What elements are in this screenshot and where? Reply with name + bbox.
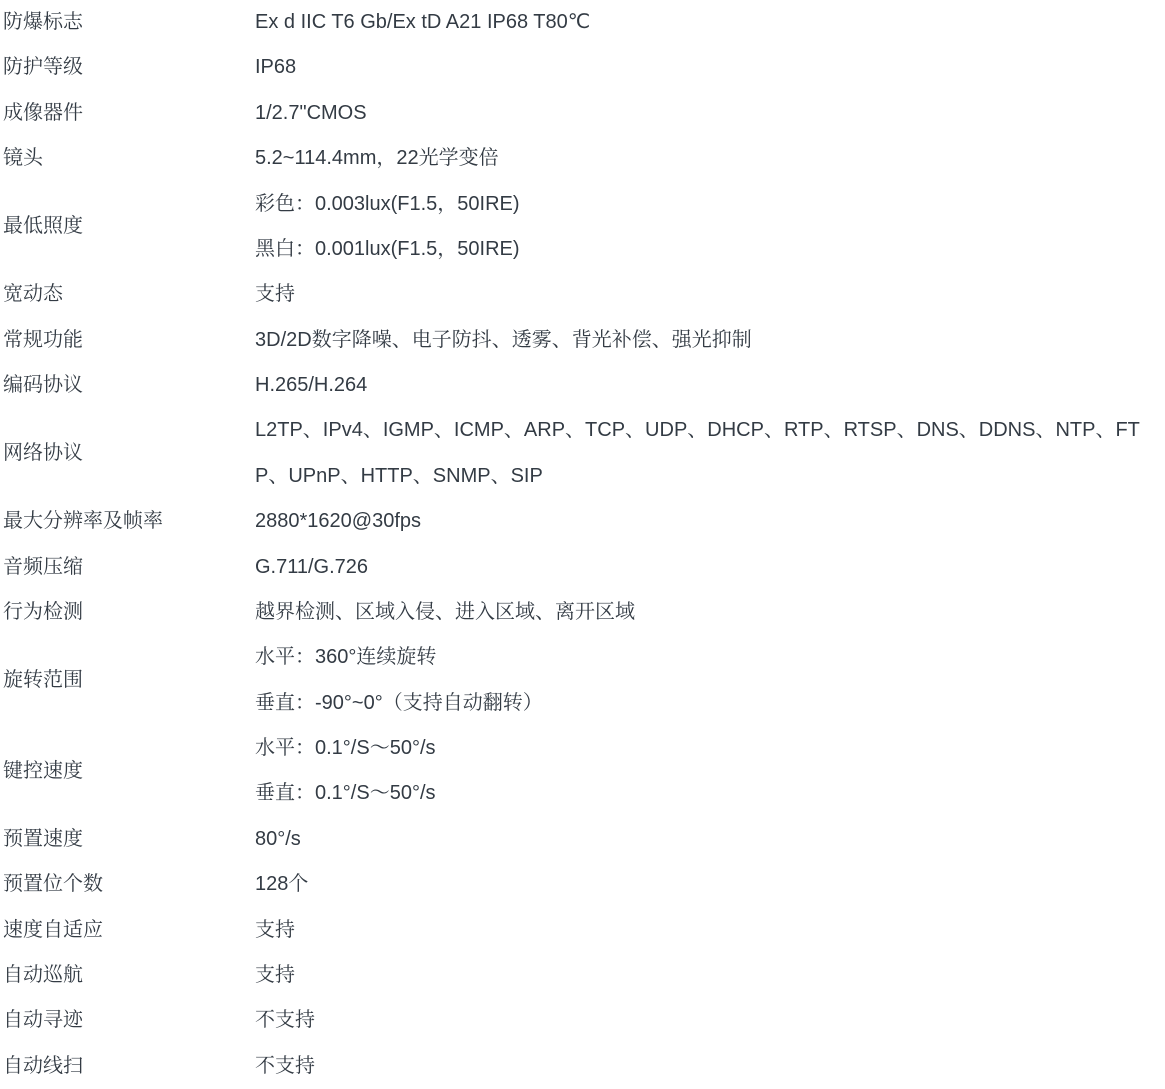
spec-table: 防爆标志Ex d IIC T6 Gb/Ex tD A21 IP68 T80℃防护… — [0, 0, 1165, 1089]
spec-row: 镜头5.2~114.4mm，22光学变倍 — [0, 136, 1165, 181]
spec-value: 不支持 — [255, 998, 1165, 1043]
spec-row: 行为检测越界检测、区域入侵、进入区域、离开区域 — [0, 590, 1165, 635]
spec-value: G.711/G.726 — [255, 545, 1165, 590]
spec-row: 防爆标志Ex d IIC T6 Gb/Ex tD A21 IP68 T80℃ — [0, 0, 1165, 45]
spec-row: 预置位个数128个 — [0, 862, 1165, 907]
spec-row: 最大分辨率及帧率2880*1620@30fps — [0, 499, 1165, 544]
spec-value-line: 支持 — [255, 908, 1165, 953]
spec-value-line: 支持 — [255, 272, 1165, 317]
spec-value: 越界检测、区域入侵、进入区域、离开区域 — [255, 590, 1165, 635]
spec-value: 水平：360°连续旋转垂直：-90°~0°（支持自动翻转） — [255, 635, 1165, 726]
spec-value-line: 垂直：-90°~0°（支持自动翻转） — [255, 681, 1165, 726]
spec-value-line: 5.2~114.4mm，22光学变倍 — [255, 136, 1165, 181]
spec-value: 支持 — [255, 272, 1165, 317]
spec-label: 网络协议 — [0, 431, 255, 476]
spec-row: 防护等级IP68 — [0, 45, 1165, 90]
spec-value-line: 越界检测、区域入侵、进入区域、离开区域 — [255, 590, 1165, 635]
spec-row: 宽动态支持 — [0, 272, 1165, 317]
spec-row: 网络协议L2TP、IPv4、IGMP、ICMP、ARP、TCP、UDP、DHCP… — [0, 408, 1165, 499]
spec-value: L2TP、IPv4、IGMP、ICMP、ARP、TCP、UDP、DHCP、RTP… — [255, 408, 1165, 499]
spec-row: 音频压缩G.711/G.726 — [0, 545, 1165, 590]
spec-value-line: 彩色：0.003lux(F1.5，50IRE) — [255, 182, 1165, 227]
spec-value-line: 不支持 — [255, 998, 1165, 1043]
spec-label: 键控速度 — [0, 749, 255, 794]
spec-label: 防爆标志 — [0, 0, 255, 45]
spec-label: 预置速度 — [0, 817, 255, 862]
spec-value-line: 不支持 — [255, 1044, 1165, 1089]
spec-value: 3D/2D数字降噪、电子防抖、透雾、背光补偿、强光抑制 — [255, 318, 1165, 363]
spec-row: 预置速度80°/s — [0, 817, 1165, 862]
spec-value: 彩色：0.003lux(F1.5，50IRE)黑白：0.001lux(F1.5，… — [255, 182, 1165, 273]
spec-row: 最低照度彩色：0.003lux(F1.5，50IRE)黑白：0.001lux(F… — [0, 182, 1165, 273]
spec-value: 5.2~114.4mm，22光学变倍 — [255, 136, 1165, 181]
spec-page: 防爆标志Ex d IIC T6 Gb/Ex tD A21 IP68 T80℃防护… — [0, 0, 1165, 1089]
spec-label: 自动线扫 — [0, 1044, 255, 1089]
spec-value: 不支持 — [255, 1044, 1165, 1089]
spec-row: 常规功能3D/2D数字降噪、电子防抖、透雾、背光补偿、强光抑制 — [0, 318, 1165, 363]
spec-value: Ex d IIC T6 Gb/Ex tD A21 IP68 T80℃ — [255, 0, 1165, 45]
spec-value-line: 80°/s — [255, 817, 1165, 862]
spec-row: 速度自适应支持 — [0, 908, 1165, 953]
spec-row: 自动线扫不支持 — [0, 1044, 1165, 1089]
spec-value-line: 1/2.7"CMOS — [255, 91, 1165, 136]
spec-label: 速度自适应 — [0, 908, 255, 953]
spec-value: 支持 — [255, 908, 1165, 953]
spec-value-line: L2TP、IPv4、IGMP、ICMP、ARP、TCP、UDP、DHCP、RTP… — [255, 408, 1165, 499]
spec-value: H.265/H.264 — [255, 363, 1165, 408]
spec-label: 旋转范围 — [0, 658, 255, 703]
spec-value-line: 支持 — [255, 953, 1165, 998]
spec-row: 旋转范围水平：360°连续旋转垂直：-90°~0°（支持自动翻转） — [0, 635, 1165, 726]
spec-label: 防护等级 — [0, 45, 255, 90]
spec-value-line: IP68 — [255, 45, 1165, 90]
spec-label: 预置位个数 — [0, 862, 255, 907]
spec-label: 常规功能 — [0, 318, 255, 363]
spec-value: 水平：0.1°/S～50°/s垂直：0.1°/S～50°/s — [255, 726, 1165, 817]
spec-value: IP68 — [255, 45, 1165, 90]
spec-value-line: 水平：0.1°/S～50°/s — [255, 726, 1165, 771]
spec-label: 最低照度 — [0, 204, 255, 249]
spec-value-line: G.711/G.726 — [255, 545, 1165, 590]
spec-row: 自动寻迹不支持 — [0, 998, 1165, 1043]
spec-label: 音频压缩 — [0, 545, 255, 590]
spec-value: 1/2.7"CMOS — [255, 91, 1165, 136]
spec-value: 80°/s — [255, 817, 1165, 862]
spec-value-line: H.265/H.264 — [255, 363, 1165, 408]
spec-value-line: 水平：360°连续旋转 — [255, 635, 1165, 680]
spec-row: 编码协议H.265/H.264 — [0, 363, 1165, 408]
spec-label: 宽动态 — [0, 272, 255, 317]
spec-value-line: 128个 — [255, 862, 1165, 907]
spec-label: 自动寻迹 — [0, 998, 255, 1043]
spec-label: 镜头 — [0, 136, 255, 181]
spec-row: 成像器件1/2.7"CMOS — [0, 91, 1165, 136]
spec-value-line: Ex d IIC T6 Gb/Ex tD A21 IP68 T80℃ — [255, 0, 1165, 45]
spec-label: 成像器件 — [0, 91, 255, 136]
spec-label: 编码协议 — [0, 363, 255, 408]
spec-value-line: 垂直：0.1°/S～50°/s — [255, 771, 1165, 816]
spec-value: 128个 — [255, 862, 1165, 907]
spec-label: 最大分辨率及帧率 — [0, 499, 255, 544]
spec-value: 2880*1620@30fps — [255, 499, 1165, 544]
spec-label: 自动巡航 — [0, 953, 255, 998]
spec-value-line: 2880*1620@30fps — [255, 499, 1165, 544]
spec-value-line: 3D/2D数字降噪、电子防抖、透雾、背光补偿、强光抑制 — [255, 318, 1165, 363]
spec-row: 自动巡航支持 — [0, 953, 1165, 998]
spec-value-line: 黑白：0.001lux(F1.5，50IRE) — [255, 227, 1165, 272]
spec-value: 支持 — [255, 953, 1165, 998]
spec-label: 行为检测 — [0, 590, 255, 635]
spec-row: 键控速度水平：0.1°/S～50°/s垂直：0.1°/S～50°/s — [0, 726, 1165, 817]
